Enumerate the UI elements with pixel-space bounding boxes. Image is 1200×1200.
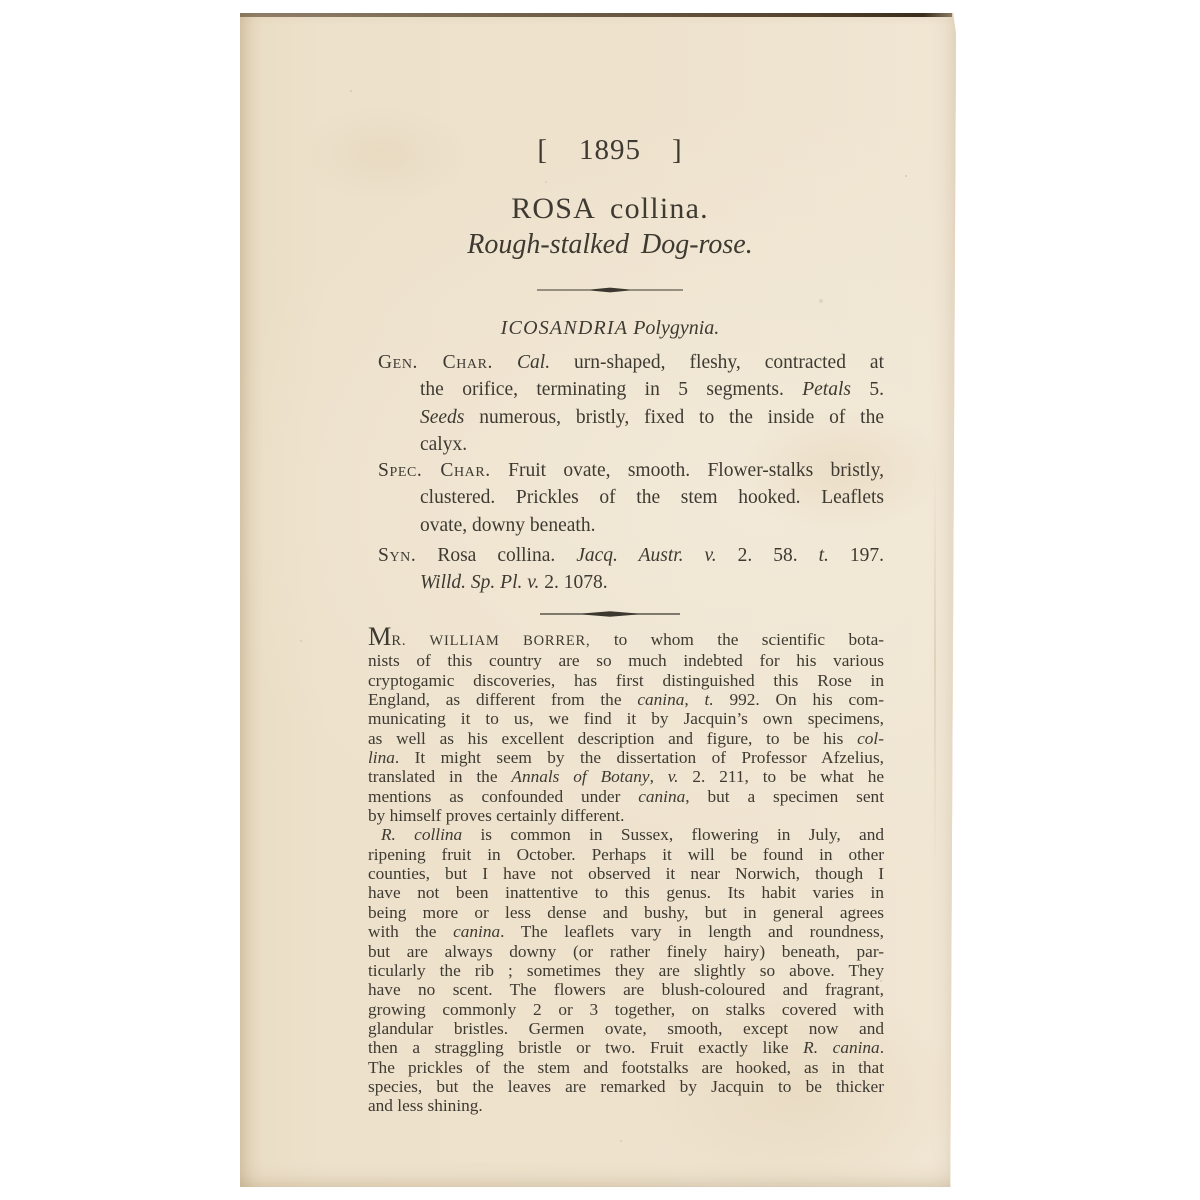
species-title: ROSA collina. — [352, 192, 868, 226]
body-paragraph: R. collina is common in Sussex, flowerin… — [368, 825, 884, 1115]
body-paragraph: MR. WILLIAM BORRER, to whom the scientif… — [368, 628, 884, 825]
divider-ornament — [352, 609, 868, 619]
character-sections: Gen. Char. Cal. urn-shaped, fleshy, cont… — [368, 349, 884, 459]
text-line: The prickles of the stem and footstalks … — [368, 1058, 884, 1077]
text-line: MR. WILLIAM BORRER, to whom the scientif… — [368, 628, 884, 651]
divider-ornament — [352, 285, 868, 295]
text-line: the orifice, terminating in 5 segments. … — [420, 376, 884, 403]
text-line: England, as different from the canina, t… — [368, 690, 884, 709]
text-line: cryptogamic discoveries, has first disti… — [368, 671, 884, 690]
page-number-value: 1895 — [579, 134, 641, 166]
page-content: [1895] ROSA collina. Rough-stalked Dog-r… — [368, 13, 884, 1187]
text-line: have not been inattentive to this genus.… — [368, 883, 884, 902]
text-line: as well as his excellent description and… — [368, 729, 884, 748]
text-line: growing commonly 2 or 3 together, on sta… — [368, 1000, 884, 1019]
text-line: Spec. Char. Fruit ovate, smooth. Flower-… — [368, 457, 884, 484]
taxonomy-heading: ICOSANDRIA Polygynia. — [352, 317, 868, 340]
text-line: and less shining. — [368, 1096, 884, 1115]
generic-character-section: Gen. Char. Cal. urn-shaped, fleshy, cont… — [368, 349, 884, 459]
text-line: calyx. — [420, 431, 884, 458]
text-line: then a straggling bristle or two. Fruit … — [368, 1038, 884, 1057]
divider-rule-icon — [537, 285, 683, 295]
linnaean-class: ICOSANDRIA — [501, 317, 629, 339]
text-line: municating it to us, we find it by Jacqu… — [368, 709, 884, 728]
text-line: being more or less dense and bushy, but … — [368, 903, 884, 922]
body-text: MR. WILLIAM BORRER, to whom the scientif… — [368, 628, 884, 1116]
specific-character-section: Spec. Char. Fruit ovate, smooth. Flower-… — [368, 457, 884, 539]
text-line: glandular bristles. Germen ovate, smooth… — [368, 1019, 884, 1038]
text-line: nists of this country are so much indebt… — [368, 651, 884, 670]
text-line: R. collina is common in Sussex, flowerin… — [368, 825, 884, 844]
text-line: ticularly the rib ; sometimes they are s… — [368, 961, 884, 980]
text-line: counties, but I have not observed it nea… — [368, 864, 884, 883]
linnaean-order: Polygynia. — [633, 317, 719, 339]
scan-background: [1895] ROSA collina. Rough-stalked Dog-r… — [0, 0, 1200, 1200]
text-line: species, but the leaves are remarked by … — [368, 1077, 884, 1096]
text-line: but are always downy (or rather finely h… — [368, 942, 884, 961]
text-line: have no scent. The flowers are blush-col… — [368, 980, 884, 999]
text-line: mentions as confounded under canina, but… — [368, 787, 884, 806]
text-line: Willd. Sp. Pl. v. 2. 1078. — [420, 569, 884, 596]
text-line: ripening fruit in October. Perhaps it wi… — [368, 845, 884, 864]
page-number: [1895] — [352, 134, 868, 167]
text-line: lina. It might seem by the dissertation … — [368, 748, 884, 767]
page-number-open-bracket: [ — [537, 134, 548, 166]
divider-rule-icon — [540, 609, 680, 619]
text-line: clustered. Prickles of the stem hooked. … — [420, 484, 884, 511]
paper-specks — [240, 13, 242, 15]
text-line: translated in the Annals of Botany, v. 2… — [368, 767, 884, 786]
page-number-close-bracket: ] — [672, 134, 683, 166]
text-line: by himself proves certainly different. — [368, 806, 884, 825]
text-line: Gen. Char. Cal. urn-shaped, fleshy, cont… — [368, 349, 884, 376]
text-line: ovate, downy beneath. — [420, 512, 884, 539]
book-page: [1895] ROSA collina. Rough-stalked Dog-r… — [240, 13, 956, 1187]
text-line: with the canina. The leaflets vary in le… — [368, 922, 884, 941]
common-name-subtitle: Rough-stalked Dog-rose. — [352, 229, 868, 261]
synonym-section: Syn. Rosa collina. Jacq. Austr. v. 2. 58… — [368, 542, 884, 597]
text-line: Syn. Rosa collina. Jacq. Austr. v. 2. 58… — [368, 542, 884, 569]
text-line: Seeds numerous, bristly, fixed to the in… — [420, 404, 884, 431]
